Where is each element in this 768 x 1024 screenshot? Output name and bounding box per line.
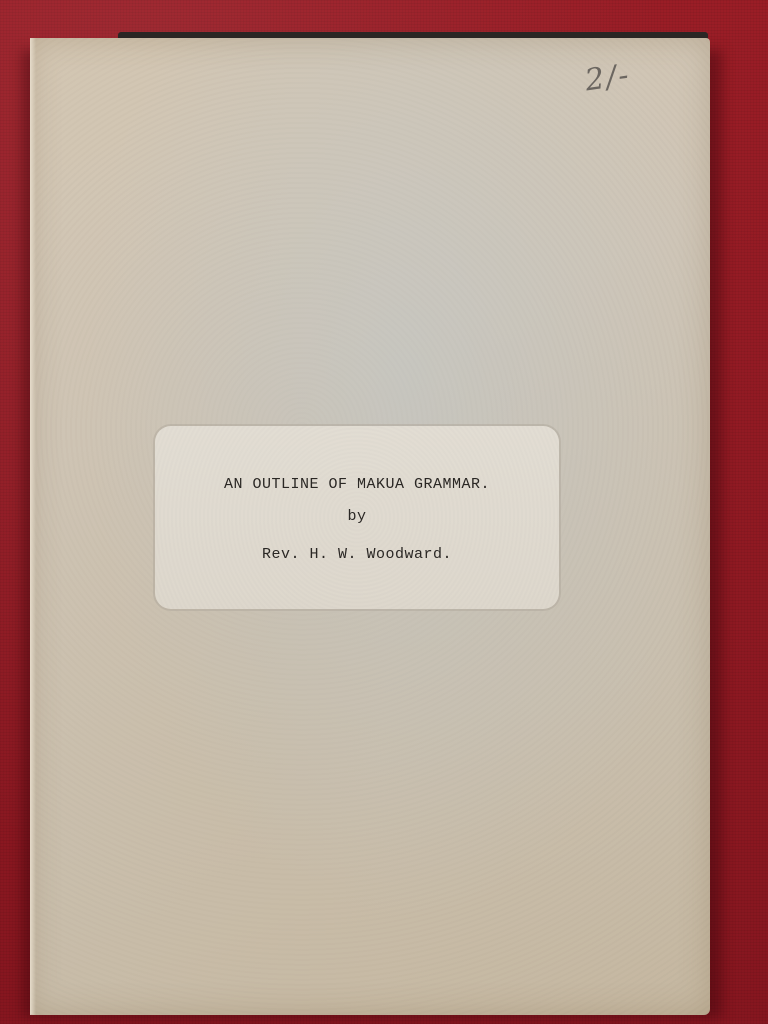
title-label: AN OUTLINE OF MAKUA GRAMMAR. by Rev. H. …: [155, 426, 559, 609]
author-name: Rev. H. W. Woodward.: [155, 546, 559, 563]
book-title: AN OUTLINE OF MAKUA GRAMMAR.: [155, 476, 559, 493]
by-line: by: [155, 508, 559, 525]
